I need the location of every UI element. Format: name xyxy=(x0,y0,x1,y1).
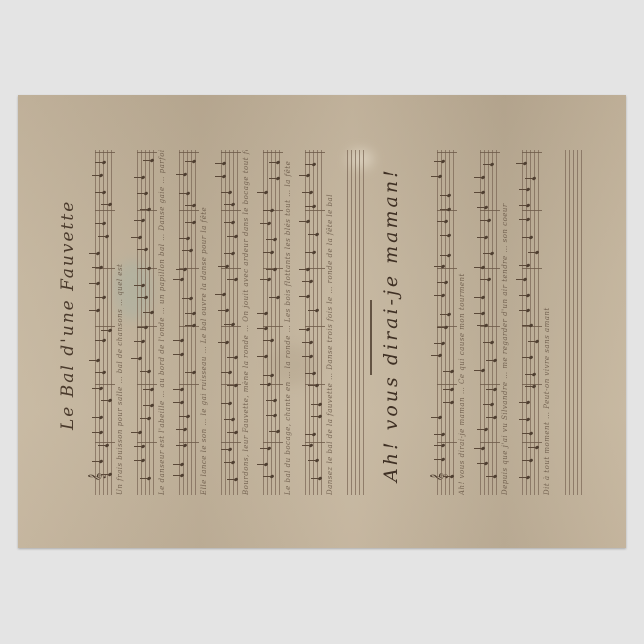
bar-line xyxy=(480,442,500,443)
staff-line xyxy=(577,150,578,495)
note-stem xyxy=(224,253,232,254)
staff-line xyxy=(95,150,96,495)
bar-line xyxy=(95,326,115,327)
bar-line xyxy=(522,442,542,443)
note-stem xyxy=(302,281,310,282)
staff-line xyxy=(191,150,192,495)
staff-line xyxy=(488,150,489,495)
note-stem xyxy=(519,310,527,311)
staff-line xyxy=(275,150,276,495)
note-stem xyxy=(266,239,274,240)
note-stem xyxy=(434,266,442,267)
note-stem xyxy=(311,404,319,405)
note-stem xyxy=(89,310,97,311)
note-stem xyxy=(486,360,494,361)
staff-line xyxy=(305,150,306,495)
staff-line xyxy=(359,150,360,495)
note-stem xyxy=(227,479,235,480)
bar-line xyxy=(221,442,241,443)
title-underline xyxy=(370,300,372,375)
note-stem xyxy=(257,356,265,357)
note-stem xyxy=(486,476,494,477)
note-stem xyxy=(263,340,271,341)
lyric-line: Dit à tout moment … Peut-on vivre sans a… xyxy=(543,150,557,495)
note-stem xyxy=(443,389,451,390)
staff-line xyxy=(229,150,230,495)
note-stem xyxy=(525,178,533,179)
note-stem xyxy=(137,249,145,250)
lyric-line: Depuis que j'ai vu Silvandre … me regard… xyxy=(501,150,515,495)
note-stem xyxy=(260,223,268,224)
note-stem xyxy=(95,192,103,193)
note-stem xyxy=(131,237,139,238)
note-stem xyxy=(522,357,530,358)
note-stem xyxy=(269,431,277,432)
staff-line xyxy=(363,150,364,495)
note-stem xyxy=(519,265,527,266)
note-stem xyxy=(140,268,148,269)
note-stem xyxy=(221,192,229,193)
staff-line xyxy=(141,150,142,495)
note-stem xyxy=(173,340,181,341)
note-stem xyxy=(89,283,97,284)
note-stem xyxy=(437,282,445,283)
blank-staff xyxy=(565,150,585,495)
bar-line xyxy=(437,384,457,385)
note-stem xyxy=(134,446,142,447)
note-stem xyxy=(266,415,274,416)
note-stem xyxy=(173,464,181,465)
note-stem xyxy=(218,310,226,311)
note-stem xyxy=(474,267,482,268)
note-stem xyxy=(474,313,482,314)
staff-line xyxy=(145,150,146,495)
note-stem xyxy=(486,417,494,418)
staff-line xyxy=(347,150,348,495)
song-title-ah-vous-dirai-je-maman: Ah! vous dirai-je maman! xyxy=(380,152,402,482)
bar-line xyxy=(263,152,283,153)
staff-line xyxy=(445,150,446,495)
note-stem xyxy=(299,269,307,270)
note-stem xyxy=(257,328,265,329)
note-stem xyxy=(131,358,139,359)
bar-line xyxy=(95,268,115,269)
note-stem xyxy=(92,461,100,462)
music-staff xyxy=(221,150,241,495)
note-stem xyxy=(437,221,445,222)
note-stem xyxy=(308,385,316,386)
note-stem xyxy=(299,221,307,222)
note-stem xyxy=(140,418,148,419)
bar-line xyxy=(522,268,542,269)
note-stem xyxy=(137,297,145,298)
note-stem xyxy=(98,445,106,446)
note-stem xyxy=(176,445,184,446)
staff-line xyxy=(263,150,264,495)
music-staff xyxy=(137,150,157,495)
note-stem xyxy=(522,433,530,434)
note-stem xyxy=(431,176,439,177)
note-stem xyxy=(92,417,100,418)
staff-line xyxy=(313,150,314,495)
staff-line xyxy=(149,150,150,495)
music-staff xyxy=(263,150,283,495)
note-stem xyxy=(308,310,316,311)
note-stem xyxy=(227,432,235,433)
staff-line xyxy=(317,150,318,495)
note-stem xyxy=(215,176,223,177)
bar-line xyxy=(480,210,500,211)
staff-line xyxy=(449,150,450,495)
staff-line xyxy=(526,150,527,495)
note-stem xyxy=(269,162,277,163)
note-stem xyxy=(224,324,232,325)
staff-line xyxy=(496,150,497,495)
note-stem xyxy=(519,419,527,420)
note-stem xyxy=(221,449,229,450)
note-stem xyxy=(443,476,451,477)
staff-line xyxy=(569,150,570,495)
note-stem xyxy=(269,297,277,298)
note-stem xyxy=(260,448,268,449)
note-stem xyxy=(522,460,530,461)
note-stem xyxy=(89,360,97,361)
bar-line xyxy=(137,384,157,385)
note-stem xyxy=(134,177,142,178)
note-stem xyxy=(443,371,451,372)
bar-line xyxy=(95,442,115,443)
note-stem xyxy=(101,204,109,205)
note-stem xyxy=(519,189,527,190)
note-stem xyxy=(215,163,223,164)
note-stem xyxy=(215,294,223,295)
note-stem xyxy=(263,375,271,376)
note-stem xyxy=(522,325,530,326)
note-stem xyxy=(519,295,527,296)
bar-line xyxy=(437,442,457,443)
note-stem xyxy=(131,432,139,433)
staff-line xyxy=(492,150,493,495)
note-stem xyxy=(224,204,232,205)
note-stem xyxy=(218,266,226,267)
note-stem xyxy=(302,356,310,357)
note-stem xyxy=(474,177,482,178)
staff-line xyxy=(221,150,222,495)
staff-line xyxy=(137,150,138,495)
staff-line xyxy=(522,150,523,495)
note-stem xyxy=(440,195,448,196)
note-stem xyxy=(134,220,142,221)
music-staff xyxy=(522,150,542,495)
bar-line xyxy=(305,152,325,153)
note-stem xyxy=(477,237,485,238)
music-staff xyxy=(437,150,457,495)
bar-line xyxy=(305,210,325,211)
lyric-line: Elle lance le son … le gai ruisseau … Le… xyxy=(200,150,214,495)
note-stem xyxy=(224,222,232,223)
music-staff xyxy=(95,150,115,495)
note-stem xyxy=(92,432,100,433)
note-stem xyxy=(477,463,485,464)
bar-line xyxy=(179,384,199,385)
note-stem xyxy=(474,448,482,449)
note-stem xyxy=(140,209,148,210)
bar-line xyxy=(480,384,500,385)
staff-line xyxy=(321,150,322,495)
note-stem xyxy=(480,279,488,280)
note-stem xyxy=(173,354,181,355)
staff-line xyxy=(573,150,574,495)
note-stem xyxy=(434,343,442,344)
note-stem xyxy=(431,417,439,418)
note-stem xyxy=(483,404,491,405)
note-stem xyxy=(185,205,193,206)
note-stem xyxy=(440,235,448,236)
note-stem xyxy=(134,285,142,286)
note-stem xyxy=(218,342,226,343)
note-stem xyxy=(260,279,268,280)
note-stem xyxy=(519,205,527,206)
note-stem xyxy=(185,161,193,162)
note-stem xyxy=(528,252,536,253)
note-stem xyxy=(440,314,448,315)
note-stem xyxy=(519,219,527,220)
note-stem xyxy=(302,342,310,343)
note-stem xyxy=(266,400,274,401)
page: Le Bal d'une Fauvette Ah! vous dirai-je … xyxy=(0,0,644,644)
staff-line xyxy=(480,150,481,495)
note-stem xyxy=(227,236,235,237)
note-stem xyxy=(95,297,103,298)
music-staff xyxy=(305,150,325,495)
note-stem xyxy=(173,402,181,403)
lyric-line: Bourdons, leur Fauvette, mène la ronde …… xyxy=(242,150,256,495)
note-stem xyxy=(227,279,235,280)
lyric-line: Le danseur est l'abeille … au bord de l'… xyxy=(158,150,172,495)
note-stem xyxy=(140,478,148,479)
note-stem xyxy=(89,253,97,254)
note-stem xyxy=(176,174,184,175)
note-stem xyxy=(257,313,265,314)
note-stem xyxy=(480,220,488,221)
staff-line xyxy=(453,150,454,495)
note-stem xyxy=(143,160,151,161)
note-stem xyxy=(134,460,142,461)
staff-line xyxy=(279,150,280,495)
bar-line xyxy=(437,268,457,269)
bar-line xyxy=(305,442,325,443)
note-stem xyxy=(98,236,106,237)
lyric-line: Dansez le bal de la fauvette … Danse tro… xyxy=(326,150,340,495)
note-stem xyxy=(185,325,193,326)
staff-line xyxy=(187,150,188,495)
staff-line xyxy=(99,150,100,495)
note-stem xyxy=(305,434,313,435)
staff-line xyxy=(267,150,268,495)
bar-line xyxy=(95,152,115,153)
note-stem xyxy=(224,462,232,463)
bar-line xyxy=(522,152,542,153)
music-staff xyxy=(179,150,199,495)
note-stem xyxy=(516,163,524,164)
staff-line xyxy=(538,150,539,495)
note-stem xyxy=(176,269,184,270)
staff-line xyxy=(237,150,238,495)
note-stem xyxy=(95,372,103,373)
bar-line xyxy=(179,210,199,211)
note-stem xyxy=(179,416,187,417)
note-stem xyxy=(143,389,151,390)
note-stem xyxy=(519,477,527,478)
note-stem xyxy=(311,416,319,417)
bar-line xyxy=(95,210,115,211)
note-stem xyxy=(227,385,235,386)
staff-line xyxy=(153,150,154,495)
blank-staff xyxy=(347,150,367,495)
bar-line xyxy=(95,384,115,385)
note-stem xyxy=(299,329,307,330)
note-stem xyxy=(137,193,145,194)
bar-line xyxy=(179,152,199,153)
note-stem xyxy=(516,279,524,280)
note-stem xyxy=(519,402,527,403)
note-stem xyxy=(95,223,103,224)
staff-line xyxy=(437,150,438,495)
note-stem xyxy=(305,252,313,253)
bar-line xyxy=(179,442,199,443)
staff-line xyxy=(225,150,226,495)
bar-line xyxy=(437,152,457,153)
note-stem xyxy=(483,342,491,343)
staff-line xyxy=(565,150,566,495)
note-stem xyxy=(101,330,109,331)
note-stem xyxy=(443,402,451,403)
note-stem xyxy=(440,255,448,256)
bar-line xyxy=(263,442,283,443)
note-stem xyxy=(263,476,271,477)
note-stem xyxy=(269,178,277,179)
note-stem xyxy=(266,269,274,270)
note-stem xyxy=(185,372,193,373)
note-stem xyxy=(305,164,313,165)
note-stem xyxy=(224,419,232,420)
bar-line xyxy=(221,268,241,269)
note-stem xyxy=(179,238,187,239)
note-stem xyxy=(140,371,148,372)
note-stem xyxy=(185,313,193,314)
bar-line xyxy=(221,210,241,211)
note-stem xyxy=(434,445,442,446)
note-stem xyxy=(227,357,235,358)
lyric-line: Le bal du bocage, chante en … la ronde …… xyxy=(284,150,298,495)
note-stem xyxy=(173,389,181,390)
note-stem xyxy=(299,296,307,297)
note-stem xyxy=(477,325,485,326)
note-stem xyxy=(477,429,485,430)
note-stem xyxy=(434,295,442,296)
note-stem xyxy=(185,222,193,223)
note-stem xyxy=(437,327,445,328)
note-stem xyxy=(440,209,448,210)
lyric-line: Un frais buisson pour salle … bal de cha… xyxy=(116,150,130,495)
note-stem xyxy=(431,355,439,356)
note-stem xyxy=(92,388,100,389)
note-stem xyxy=(263,210,271,211)
note-stem xyxy=(486,389,494,390)
note-stem xyxy=(263,252,271,253)
note-stem xyxy=(522,237,530,238)
note-stem xyxy=(474,370,482,371)
staff-line xyxy=(103,150,104,495)
note-stem xyxy=(434,434,442,435)
lyric-line: Ah! vous dirai-je maman … Ce qui cause m… xyxy=(458,150,472,495)
note-stem xyxy=(92,175,100,176)
note-stem xyxy=(182,250,190,251)
note-stem xyxy=(182,298,190,299)
note-stem xyxy=(434,161,442,162)
note-stem xyxy=(528,447,536,448)
note-stem xyxy=(143,312,151,313)
note-stem xyxy=(305,206,313,207)
note-stem xyxy=(477,207,485,208)
music-staff xyxy=(480,150,500,495)
staff-line xyxy=(195,150,196,495)
note-stem xyxy=(134,341,142,342)
bar-line xyxy=(522,210,542,211)
bar-line xyxy=(137,152,157,153)
note-stem xyxy=(483,164,491,165)
note-stem xyxy=(308,234,316,235)
note-stem xyxy=(525,386,533,387)
bar-line xyxy=(221,152,241,153)
note-stem xyxy=(221,403,229,404)
bar-line xyxy=(137,442,157,443)
note-stem xyxy=(173,279,181,280)
note-stem xyxy=(260,384,268,385)
note-stem xyxy=(101,400,109,401)
note-stem xyxy=(95,162,103,163)
note-stem xyxy=(311,478,319,479)
staff-line xyxy=(581,150,582,495)
note-stem xyxy=(221,372,229,373)
note-stem xyxy=(474,297,482,298)
note-stem xyxy=(434,459,442,460)
note-stem xyxy=(101,474,109,475)
note-stem xyxy=(176,429,184,430)
bar-line xyxy=(480,326,500,327)
note-stem xyxy=(95,340,103,341)
note-stem xyxy=(528,341,536,342)
song-title-le-bal-d-une-fauvette: Le Bal d'une Fauvette xyxy=(58,205,78,430)
staff-line xyxy=(534,150,535,495)
note-stem xyxy=(257,192,265,193)
staff-line xyxy=(179,150,180,495)
note-stem xyxy=(143,405,151,406)
note-stem xyxy=(302,445,310,446)
note-stem xyxy=(305,373,313,374)
note-stem xyxy=(179,193,187,194)
note-stem xyxy=(302,192,310,193)
note-stem xyxy=(483,253,491,254)
note-stem xyxy=(257,464,265,465)
bar-line xyxy=(480,152,500,153)
staff-line xyxy=(355,150,356,495)
note-stem xyxy=(308,460,316,461)
staff-line xyxy=(351,150,352,495)
note-stem xyxy=(137,327,145,328)
note-stem xyxy=(474,192,482,193)
staff-line xyxy=(484,150,485,495)
